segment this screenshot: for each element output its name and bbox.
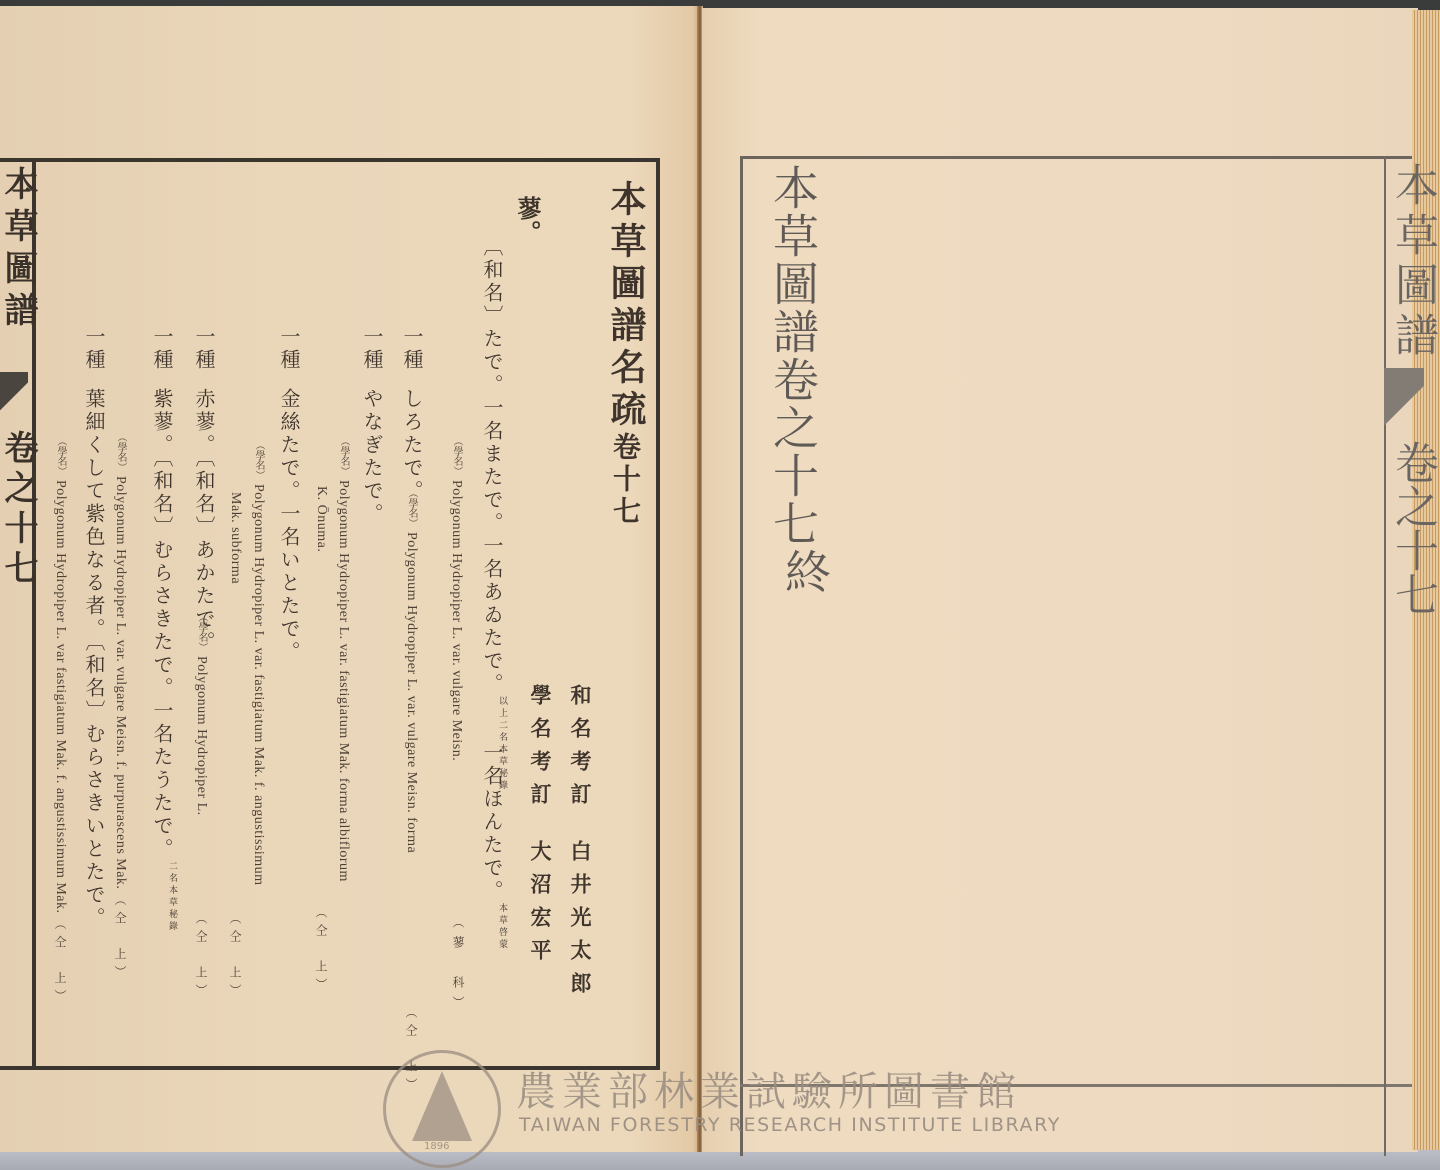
entry-3-scientific-cont: Mak. subforma bbox=[227, 492, 243, 584]
seal-triangle-icon bbox=[412, 1071, 472, 1141]
credit-role: 和名考訂 bbox=[568, 684, 592, 816]
right-spine-fishtail bbox=[1384, 368, 1424, 432]
colophon-title: 本草圖譜卷之十七終 bbox=[760, 164, 826, 596]
source-note: 本草啓蒙 bbox=[497, 903, 507, 927]
entry-5-scientific: （學名） Polygonum Hydropiper L. var. vulgar… bbox=[112, 432, 129, 983]
left-spine-title: 本草圖譜 bbox=[0, 166, 43, 334]
spine-rule-top bbox=[0, 158, 36, 162]
sci-tag: （學名） bbox=[451, 436, 462, 476]
entry-heading: 蓼。 bbox=[510, 196, 545, 244]
credit-name: 大沼宏平 bbox=[528, 840, 552, 972]
source-note: 二名本草秘錄 bbox=[167, 861, 177, 897]
entry-6-scientific: （學名） Polygonum Hydropiper L. var fastigi… bbox=[52, 436, 69, 1008]
right-spine-volume: 卷之十七 bbox=[1380, 440, 1440, 616]
watermark-english: TAIWAN FORESTRY RESEARCH INSTITUTE LIBRA… bbox=[519, 1114, 1061, 1136]
credit-1: 和名考訂白井光太郎 bbox=[565, 684, 595, 1005]
entry-6-japanese: 一種葉細くして紫色なる者。〔和名〕むらさきいとたで。 bbox=[80, 326, 109, 930]
entry-2-japanese: 一種やなぎたで。 bbox=[358, 326, 387, 526]
credit-role: 學名考訂 bbox=[528, 684, 552, 816]
seal-year: 1896 bbox=[424, 1141, 449, 1152]
entry-3-japanese: 一種金絲たで。一名いとたで。 bbox=[275, 326, 304, 664]
entry-4-japanese: 一種赤蓼。〔和名〕あかたで。 bbox=[190, 326, 219, 654]
left-spine-fishtail bbox=[0, 372, 28, 420]
source-note: 以上二名本草秘錄 bbox=[497, 696, 507, 742]
lead-entry-japanese: 〔和名〕たで。一名またで。一名あゐたで。以上二名本草秘錄一名ほんたで。本草啓蒙 bbox=[478, 236, 507, 927]
library-seal-icon: 1896 bbox=[383, 1050, 501, 1168]
watermark-chinese: 農業部林業試驗所圖書館 bbox=[516, 1060, 1022, 1117]
title-text: 本草圖譜名疏 bbox=[605, 180, 646, 432]
entry-1-scientific: （學名） Polygonum Hydropiper L. var. vulgar… bbox=[403, 488, 419, 853]
right-spine-title: 本草圖譜 bbox=[1380, 162, 1440, 362]
lead-entry-scientific: （學名） Polygonum Hydropiper L. var. vulgar… bbox=[448, 436, 464, 761]
entry-1-japanese: 一種しろたで。 bbox=[398, 326, 427, 503]
end-mark: 終 bbox=[772, 548, 838, 596]
entry-5-japanese: 一種紫蓼。〔和名〕むらさきたで。一名たうたで。二名本草秘錄 bbox=[148, 326, 177, 897]
family-label: （蓼 科） bbox=[450, 916, 467, 1016]
same-mark: （仝 上） bbox=[227, 912, 244, 1002]
same-mark: （仝 上） bbox=[313, 906, 330, 996]
entry-4-scientific: （學名） Polygonum Hydropiper L. bbox=[193, 612, 209, 816]
entry-2-scientific-cont: K. Ōnuma. bbox=[313, 486, 329, 552]
left-spine-volume: 卷之十七 bbox=[0, 430, 43, 590]
title-volume: 卷十七 bbox=[609, 432, 642, 528]
right-text-frame bbox=[740, 156, 1412, 1156]
same-mark: （仝 上） bbox=[193, 912, 210, 1002]
entry-3-scientific: （學名） Polygonum Hydropiper L. var. fastig… bbox=[250, 440, 266, 886]
spine-rule-bottom bbox=[0, 1066, 36, 1070]
credit-2: 學名考訂大沼宏平 bbox=[525, 684, 555, 972]
credit-name: 白井光太郎 bbox=[568, 840, 592, 1005]
page-title: 本草圖譜名疏卷十七 bbox=[600, 180, 651, 528]
entry-2-scientific: （學名） Polygonum Hydropiper L. var. fastig… bbox=[335, 436, 351, 882]
